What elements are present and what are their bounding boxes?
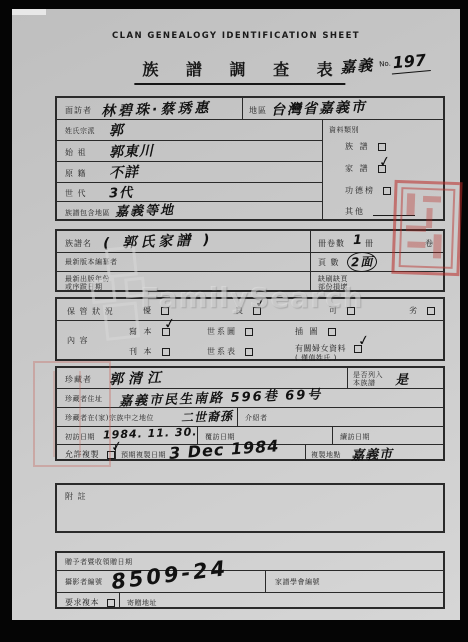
identity-section: 面訪者 林碧珠·蔡琇惠 地區 台灣省嘉義市 姓氏宗派 郭 始 祖 郭東川 原 籍… (55, 96, 445, 221)
interviewer-value: 林碧珠·蔡琇惠 (101, 97, 212, 121)
condition-label: 保 管 狀 況 (67, 306, 114, 317)
check-mark (163, 315, 179, 333)
option-label: 世系表 (207, 346, 237, 357)
damage-label-2: 部份損壞 (318, 283, 348, 291)
generations-label: 世 代 (65, 188, 87, 199)
area-value: 台灣省嘉義市 (271, 96, 368, 119)
volumes-label: 冊卷數 (318, 238, 345, 249)
checkbox-unchecked (245, 348, 253, 356)
coverage-value: 嘉義等地 (115, 199, 176, 220)
content-manuscript: 寫 本 (129, 326, 170, 337)
owner-position-value: 二世裔孫 (181, 407, 234, 426)
content-women-note: ( 僅值姓氏 ) (295, 353, 337, 363)
genealogy-title-value: ( 郭氏家譜 ) (103, 229, 214, 253)
condition-poor: 劣 (409, 305, 435, 316)
first-ancestor-value: 郭東川 (109, 140, 155, 162)
coverage-label: 族譜包含地區 (65, 208, 110, 218)
volumes-unit-juan: 卷 (425, 238, 434, 249)
book-info-section: 族譜名 ( 郭氏家譜 ) 冊卷數 1 冊 卷 最新版本編纂者 頁 數 2面 最新… (55, 229, 445, 292)
option-label: 劣 (409, 305, 419, 316)
owner-position-label: 珍藏者在(家)宗族中之地位 (65, 413, 154, 423)
admin-section: 贈予者暨收領贈日期 攝影者編號 8509-24 家譜學會編號 要求複本 寄贈地址 (55, 551, 445, 609)
area-label: 地區 (249, 105, 267, 116)
copy-place-label: 複製地點 (311, 450, 341, 460)
scanned-form-page: CLAN GENEALOGY IDENTIFICATION SHEET 族 譜 … (12, 9, 460, 620)
option-merit-board: 功德榜 (345, 185, 391, 196)
society-label: 家譜學會編號 (275, 577, 320, 587)
photographer-label: 攝影者編號 (65, 577, 103, 587)
copy-date-value: 3 Dec 1984 (168, 436, 279, 463)
owner-label: 珍藏者 (65, 374, 92, 385)
checkbox-unchecked (245, 328, 253, 336)
option-clan-genealogy: 族 譜 (345, 141, 386, 152)
option-label: 刊 本 (129, 346, 154, 357)
content-label: 內 容 (67, 335, 89, 346)
option-label: 允許複製 (65, 449, 99, 460)
volumes-unit-ce: 冊 (365, 238, 374, 249)
option-label: 寫 本 (129, 326, 154, 337)
owner-address-label: 珍藏者住址 (65, 394, 103, 404)
checkbox-unchecked (427, 307, 435, 315)
origin-value: 不詳 (109, 161, 140, 182)
checkbox-unchecked (107, 599, 115, 607)
pub-year-label-2: 或序跋日期 (65, 283, 103, 291)
listed-label-1: 是否列入 (353, 371, 383, 379)
copy-date-label: 預期複製日期 (121, 450, 166, 460)
content-lineage-chart: 世系圖 (207, 326, 253, 337)
checkbox-unchecked (347, 307, 355, 315)
first-ancestor-label: 始 祖 (65, 147, 87, 158)
listed-label-2: 本族譜 (353, 379, 376, 387)
content-lineage-table: 世系表 (207, 346, 253, 357)
mail-address-label: 寄贈地址 (127, 598, 157, 608)
owner-section: 珍藏者 郭清江 是否列入 本族譜 是 珍藏者住址 嘉義市民生南路 596巷 69… (55, 366, 445, 461)
content-illustrations: 插 圖 (295, 326, 336, 337)
checkbox-unchecked (383, 187, 391, 195)
form-title: 族 譜 調 查 表 (134, 57, 345, 85)
condition-content-section: 保 管 狀 況 優 良 可 劣 內 容 寫 本 世系圖 (55, 297, 445, 361)
pages-value: 2面 (347, 251, 378, 272)
condition-excellent: 優 (143, 305, 169, 316)
genealogy-title-label: 族譜名 (65, 238, 92, 249)
option-label: 其他 (345, 206, 365, 217)
surname-label: 姓氏宗派 (65, 126, 95, 136)
introducer-label: 介紹者 (245, 413, 268, 423)
option-label: 族 譜 (345, 141, 370, 152)
option-label: 世系圖 (207, 326, 237, 337)
option-label: 可 (329, 305, 339, 316)
copy-place-value: 嘉義市 (351, 443, 394, 463)
first-visit-label: 初訪日期 (65, 432, 95, 442)
sheet-title: CLAN GENEALOGY IDENTIFICATION SHEET (12, 31, 460, 41)
serial-region: 嘉義 (339, 56, 374, 77)
option-label: 要求複本 (65, 597, 99, 608)
check-mark (356, 332, 371, 350)
checkbox-unchecked (161, 307, 169, 315)
blank-line (373, 208, 415, 216)
serial-no-label: No. (379, 60, 391, 69)
option-label: 良 (235, 305, 245, 316)
checkbox-unchecked (328, 328, 336, 336)
checkbox-unchecked (378, 143, 386, 151)
content-printed: 刊 本 (129, 346, 170, 357)
request-copy-option: 要求複本 (65, 597, 115, 608)
check-mark (254, 294, 270, 312)
damage-label-1: 缺刷缺頁 (318, 275, 348, 283)
condition-fair: 可 (329, 305, 355, 316)
option-label: 插 圖 (295, 326, 320, 337)
owner-value: 郭清江 (109, 367, 167, 389)
category-label: 資料類別 (329, 125, 359, 135)
surname-value: 郭 (109, 120, 125, 141)
listed-value: 是 (395, 369, 410, 388)
pages-label: 頁 數 (318, 257, 340, 268)
option-other: 其他 (345, 206, 415, 217)
serial-number: 197 (390, 50, 431, 74)
notes-label: 附 註 (65, 491, 87, 502)
option-label: 家 譜 (345, 163, 370, 174)
generations-value: 3代 (109, 182, 134, 202)
donor-label: 贈予者暨收領贈日期 (65, 557, 133, 567)
checkbox-unchecked (162, 348, 170, 356)
followup-label: 續訪日期 (340, 432, 370, 442)
origin-label: 原 籍 (65, 168, 87, 179)
option-family-genealogy: 家 譜 (345, 163, 386, 174)
pub-year-label-1: 最新出版年份 (65, 275, 110, 283)
compiler-label: 最新版本編纂者 (65, 257, 118, 267)
handwritten-serial: 嘉義 No.197 (339, 49, 431, 78)
notes-section: 附 註 (55, 483, 445, 533)
condition-good: 良 (235, 305, 261, 316)
interviewer-label: 面訪者 (65, 105, 92, 116)
volumes-value: 1 (353, 233, 364, 248)
copy-permit-option: 允許複製 (65, 449, 115, 460)
scan-corner-artifact (12, 9, 46, 15)
option-label: 功德榜 (345, 185, 375, 196)
option-label: 優 (143, 305, 153, 316)
check-mark (378, 153, 394, 171)
